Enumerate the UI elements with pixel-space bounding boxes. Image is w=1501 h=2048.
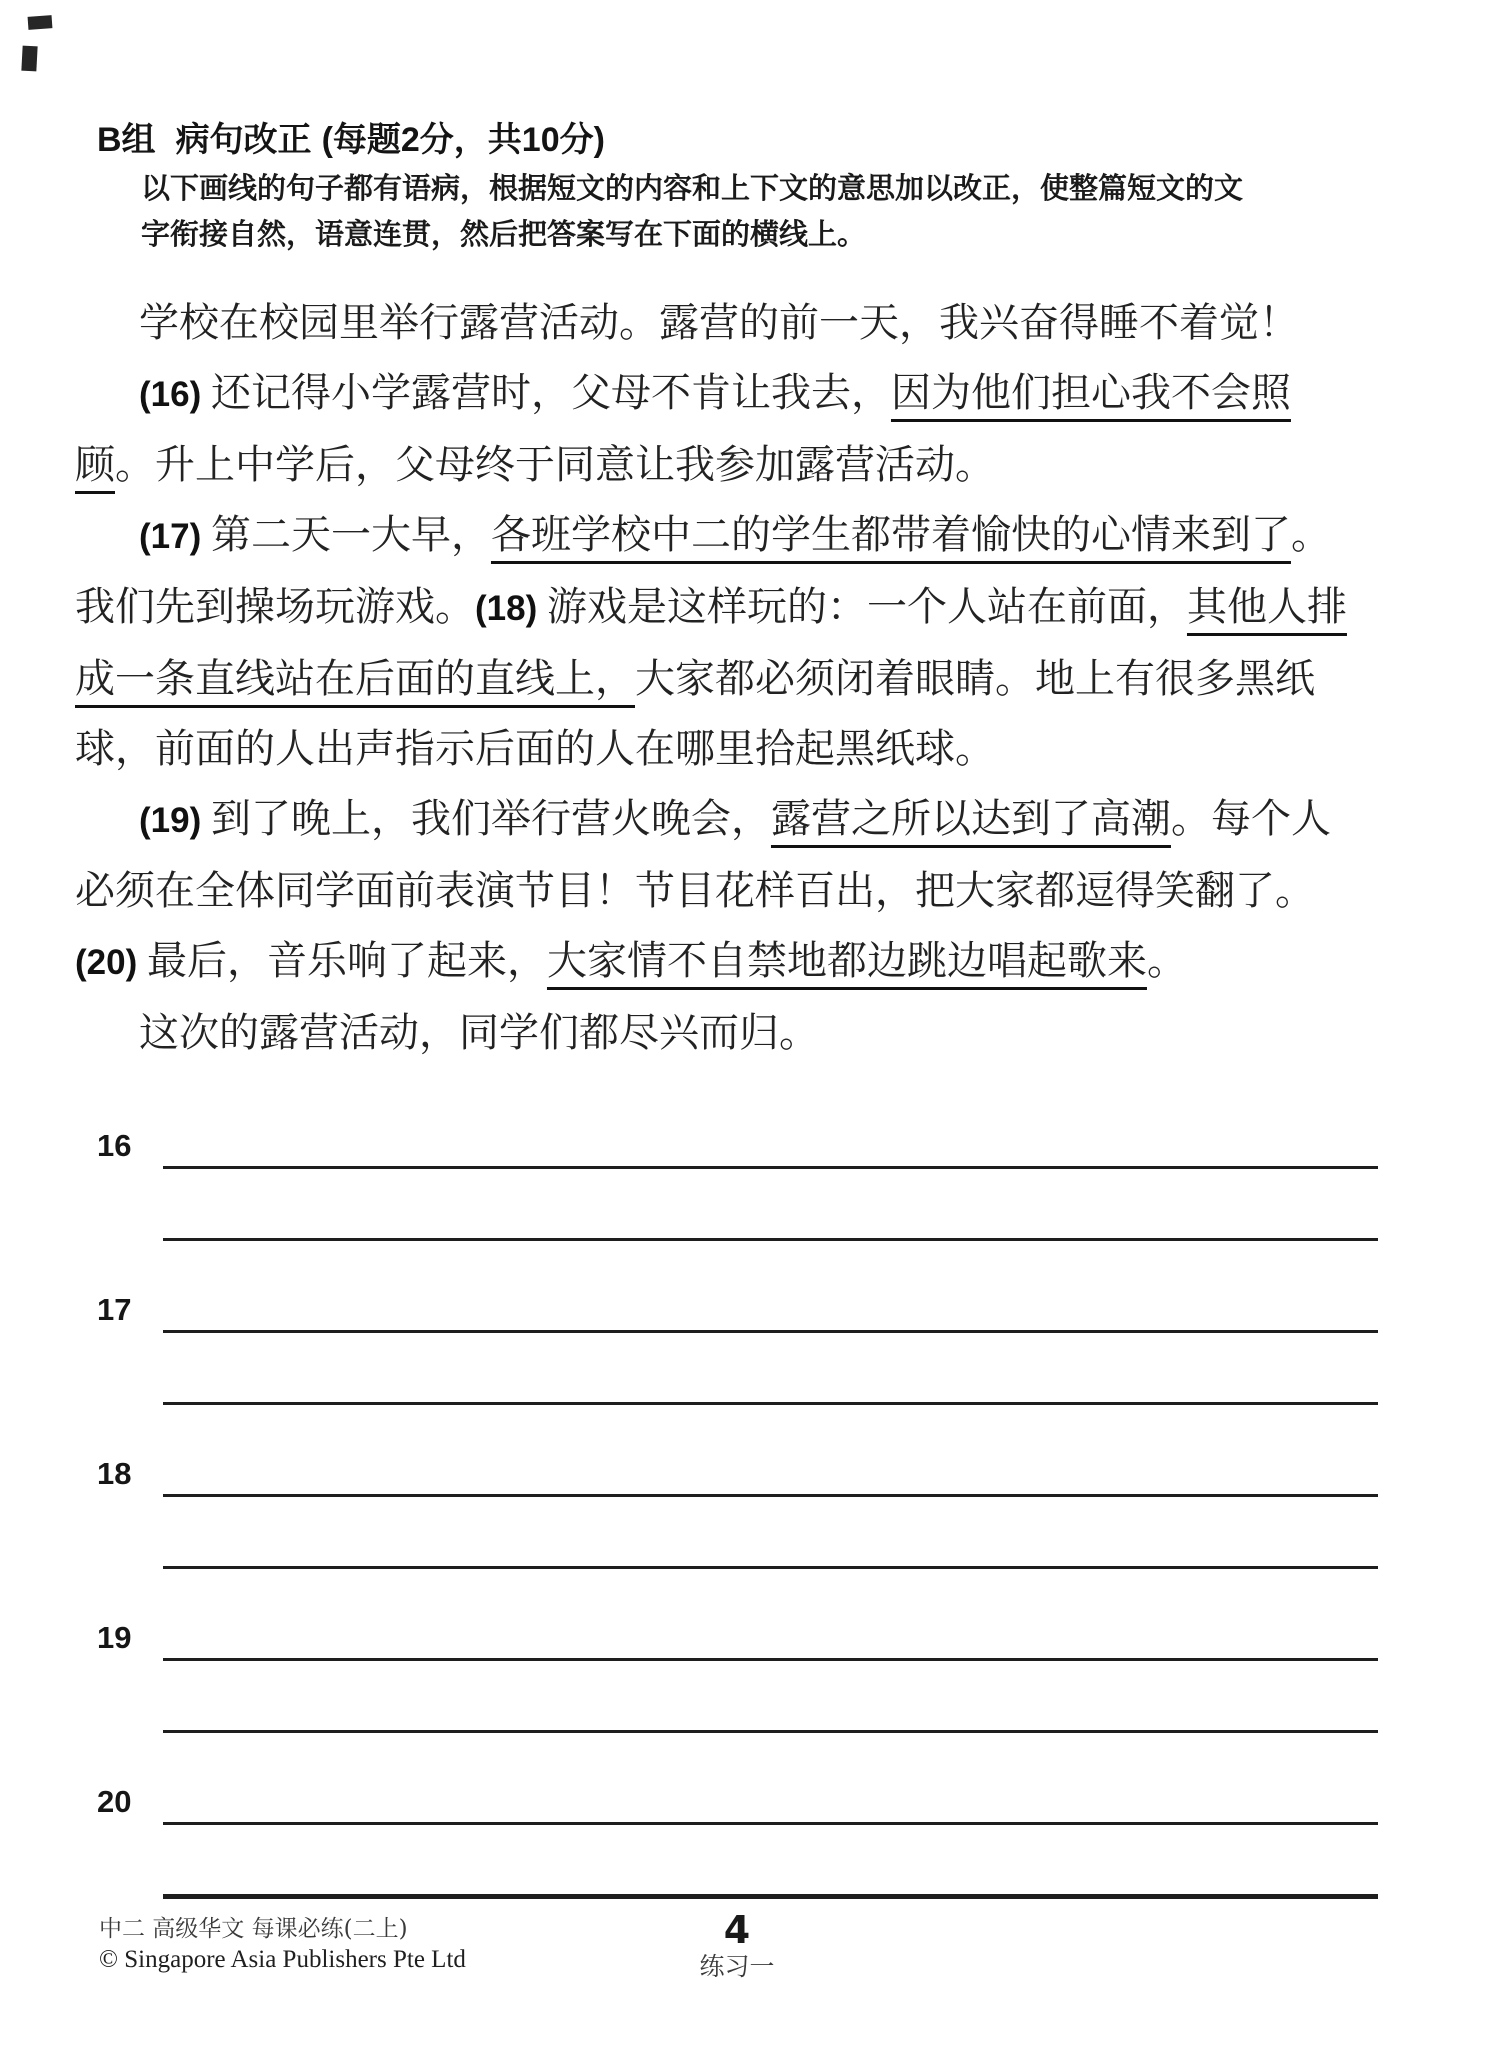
answer-line [163,1658,1378,1661]
section-header: B组病句改正(每题2分，共10分) [97,112,605,161]
text-run: 这次的露营活动，同学们都尽兴而归。 [139,1010,819,1056]
section-score-note: (每题2分，共10分) [322,121,605,159]
answer-number: 19 [97,1620,131,1656]
underlined-sentence: 顾 [75,442,115,488]
answer-line [163,1822,1378,1825]
underlined-sentence: 其他人排 [1187,584,1347,630]
scan-artifact [21,46,37,72]
answer-number: 18 [97,1456,131,1492]
instructions-text: 以下画线的句子都有语病，根据短文的内容和上下文的意思加以改正，使整篇短文的文字衔… [141,166,1366,258]
footer-center: 4 练习一 [657,1908,817,1982]
passage-paragraph-4: (19) 到了晚上，我们举行营火晚会，露营之所以达到了高潮。每个人必须在全体同学… [75,784,1360,998]
text-run: 球，前面的人出声指示后面的人在哪里拾起黑纸球。 [75,726,995,772]
worksheet-page: B组病句改正(每题2分，共10分) 以下画线的句子都有语病，根据短文的内容和上下… [0,0,1501,2048]
passage-paragraph-3: (17) 第二天一大早，各班学校中二的学生都带着愉快的心情来到了。我们先到操场玩… [75,500,1360,784]
text-run: 。 [1147,938,1187,984]
passage-paragraph-5: 这次的露营活动，同学们都尽兴而归。 [75,998,1360,1068]
footer-edition: 中二 高级华文 每课必练(二上) [99,1914,466,1944]
section-title: 病句改正 [176,121,312,159]
text-run: 大家都必须闭着眼睛。地上有很多黑纸 [635,656,1315,702]
text-run: 以下画线的句子都有语病，根据短文的内容和上下文的意思加以改正，使整篇短文的文 [141,173,1243,205]
question-number: (19) [139,801,211,840]
answer-number: 20 [97,1784,131,1820]
text-run: 必须在全体同学面前表演节目！节目花样百出，把大家都逗得笑翻了。 [75,868,1315,914]
footer-page-number: 4 [657,1908,817,1952]
answer-line [163,1166,1378,1169]
answer-line [163,1730,1378,1733]
answer-line [163,1494,1378,1497]
text-run: 游戏是这样玩的：一个人站在前面， [547,584,1187,630]
text-run: 最后，音乐响了起来， [147,938,547,984]
answer-line [163,1566,1378,1569]
underlined-sentence: 因为他们担心我不会照 [891,370,1291,416]
answer-line [163,1402,1378,1405]
footer-copyright: © Singapore Asia Publishers Pte Ltd [99,1944,466,1976]
footer-left: 中二 高级华文 每课必练(二上) © Singapore Asia Publis… [99,1914,466,1976]
scan-artifact [28,15,53,30]
answer-line [163,1238,1378,1241]
answer-number: 17 [97,1292,131,1328]
passage-paragraph-2: (16) 还记得小学露营时，父母不肯让我去，因为他们担心我不会照顾。升上中学后，… [75,358,1360,500]
underlined-sentence: 各班学校中二的学生都带着愉快的心情来到了 [491,512,1291,558]
underlined-sentence: 露营之所以达到了高潮 [771,796,1171,842]
text-run: 我们先到操场玩游戏。 [75,584,475,630]
section-group-label: B组 [97,121,156,159]
text-run: 到了晚上，我们举行营火晚会， [211,796,771,842]
text-run: 第二天一大早， [211,512,491,558]
passage: 学校在校园里举行露营活动。露营的前一天，我兴奋得睡不着觉！ (16) 还记得小学… [75,288,1360,1068]
question-number: (18) [475,589,547,628]
answer-number: 16 [97,1128,131,1164]
question-number: (16) [139,375,211,414]
text-run: 。 [1291,512,1331,558]
question-number: (17) [139,517,211,556]
answer-line [163,1330,1378,1333]
text-run: 学校在校园里举行露营活动。露营的前一天，我兴奋得睡不着觉！ [139,300,1299,346]
passage-paragraph-1: 学校在校园里举行露营活动。露营的前一天，我兴奋得睡不着觉！ [75,288,1360,358]
text-run: 。每个人 [1171,796,1331,842]
answer-line [163,1894,1378,1899]
underlined-sentence: 成一条直线站在后面的直线上， [75,656,635,702]
text-run: 还记得小学露营时，父母不肯让我去， [211,370,891,416]
question-number: (20) [75,943,147,982]
text-run: 。升上中学后，父母终于同意让我参加露营活动。 [115,442,995,488]
text-run: 字衔接自然，语意连贯，然后把答案写在下面的横线上。 [141,219,866,251]
underlined-sentence: 大家情不自禁地都边跳边唱起歌来 [547,938,1147,984]
footer-exercise-label: 练习一 [657,1952,817,1982]
